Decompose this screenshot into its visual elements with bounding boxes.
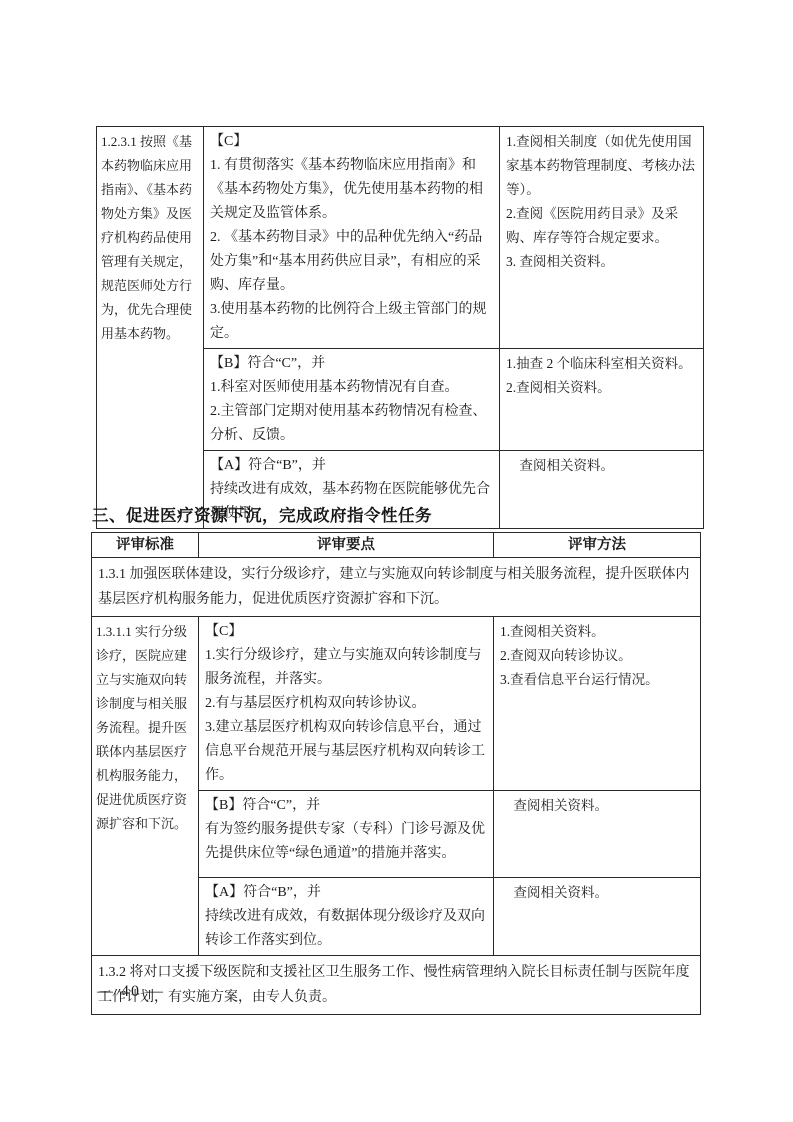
grade-b-methods-cell: 查阅相关资料。 — [494, 791, 701, 878]
document-page: 1.2.3.1 按照《基本药物临床应用指南》、《基本药物处方集》及医疗机构药品使… — [0, 0, 793, 1122]
grade-c-methods-cell: 1.查阅相关资料。 2.查阅双向转诊协议。 3.查看信息平台运行情况。 — [494, 617, 701, 791]
evaluation-table-continued: 1.2.3.1 按照《基本药物临床应用指南》、《基本药物处方集》及医疗机构药品使… — [96, 126, 704, 529]
table-row: 1.3.2 将对口支援下级医院和支援社区卫生服务工作、慢性病管理纳入院长目标责任… — [92, 956, 701, 1015]
grade-c-methods-cell: 1.查阅相关制度（如优先使用国家基本药物管理制度、考核办法等）。 2.查阅《医院… — [500, 127, 704, 349]
table-header-row: 评审标准 评审要点 评审方法 — [92, 533, 701, 558]
grade-b-methods-cell: 1.抽查 2 个临床科室相关资料。 2.查阅相关资料。 — [500, 349, 704, 451]
evaluation-table-section-1-3: 评审标准 评审要点 评审方法 1.3.1 加强医联体建设，实行分级诊疗，建立与实… — [91, 532, 701, 1015]
grade-a-methods-cell: 查阅相关资料。 — [494, 878, 701, 956]
grade-c-points-cell: 【C】 1. 有贯彻落实《基本药物临床应用指南》和《基本药物处方集》，优先使用基… — [204, 127, 500, 349]
grade-a-methods-cell: 查阅相关资料。 — [500, 451, 704, 529]
table-row: 1.3.1 加强医联体建设，实行分级诊疗，建立与实施双向转诊制度与相关服务流程，… — [92, 558, 701, 617]
column-header-points: 评审要点 — [199, 533, 494, 558]
section-heading: 三、促进医疗资源下沉，完成政府指令性任务 — [92, 502, 432, 526]
column-header-methods: 评审方法 — [494, 533, 701, 558]
column-header-standard: 评审标准 — [92, 533, 199, 558]
standard-cell-1-3-2: 1.3.2 将对口支援下级医院和支援社区卫生服务工作、慢性病管理纳入院长目标责任… — [92, 956, 701, 1015]
table-row: 1.3.1.1 实行分级诊疗，医院应建立与实施双向转诊制度与相关服务流程。提升医… — [92, 617, 701, 791]
grade-c-points-cell: 【C】 1.实行分级诊疗，建立与实施双向转诊制度与服务流程，并落实。 2.有与基… — [199, 617, 494, 791]
grade-a-points-cell: 【A】符合“B”，并 持续改进有成效，有数据体现分级诊疗及双向转诊工作落实到位。 — [199, 878, 494, 956]
grade-b-points-cell: 【B】符合“C”，并 有为签约服务提供专家（专科）门诊号源及优先提供床位等“绿色… — [199, 791, 494, 878]
table-row: 1.2.3.1 按照《基本药物临床应用指南》、《基本药物处方集》及医疗机构药品使… — [97, 127, 704, 349]
grade-b-points-cell: 【B】符合“C”，并 1.科室对医师使用基本药物情况有自查。 2.主管部门定期对… — [204, 349, 500, 451]
standard-cell-1-3-1-1: 1.3.1.1 实行分级诊疗，医院应建立与实施双向转诊制度与相关服务流程。提升医… — [92, 617, 199, 956]
standard-cell-1-3-1: 1.3.1 加强医联体建设，实行分级诊疗，建立与实施双向转诊制度与相关服务流程，… — [92, 558, 701, 617]
standard-cell-1-2-3-1: 1.2.3.1 按照《基本药物临床应用指南》、《基本药物处方集》及医疗机构药品使… — [97, 127, 204, 529]
page-number: — 40 — — [97, 983, 165, 1001]
